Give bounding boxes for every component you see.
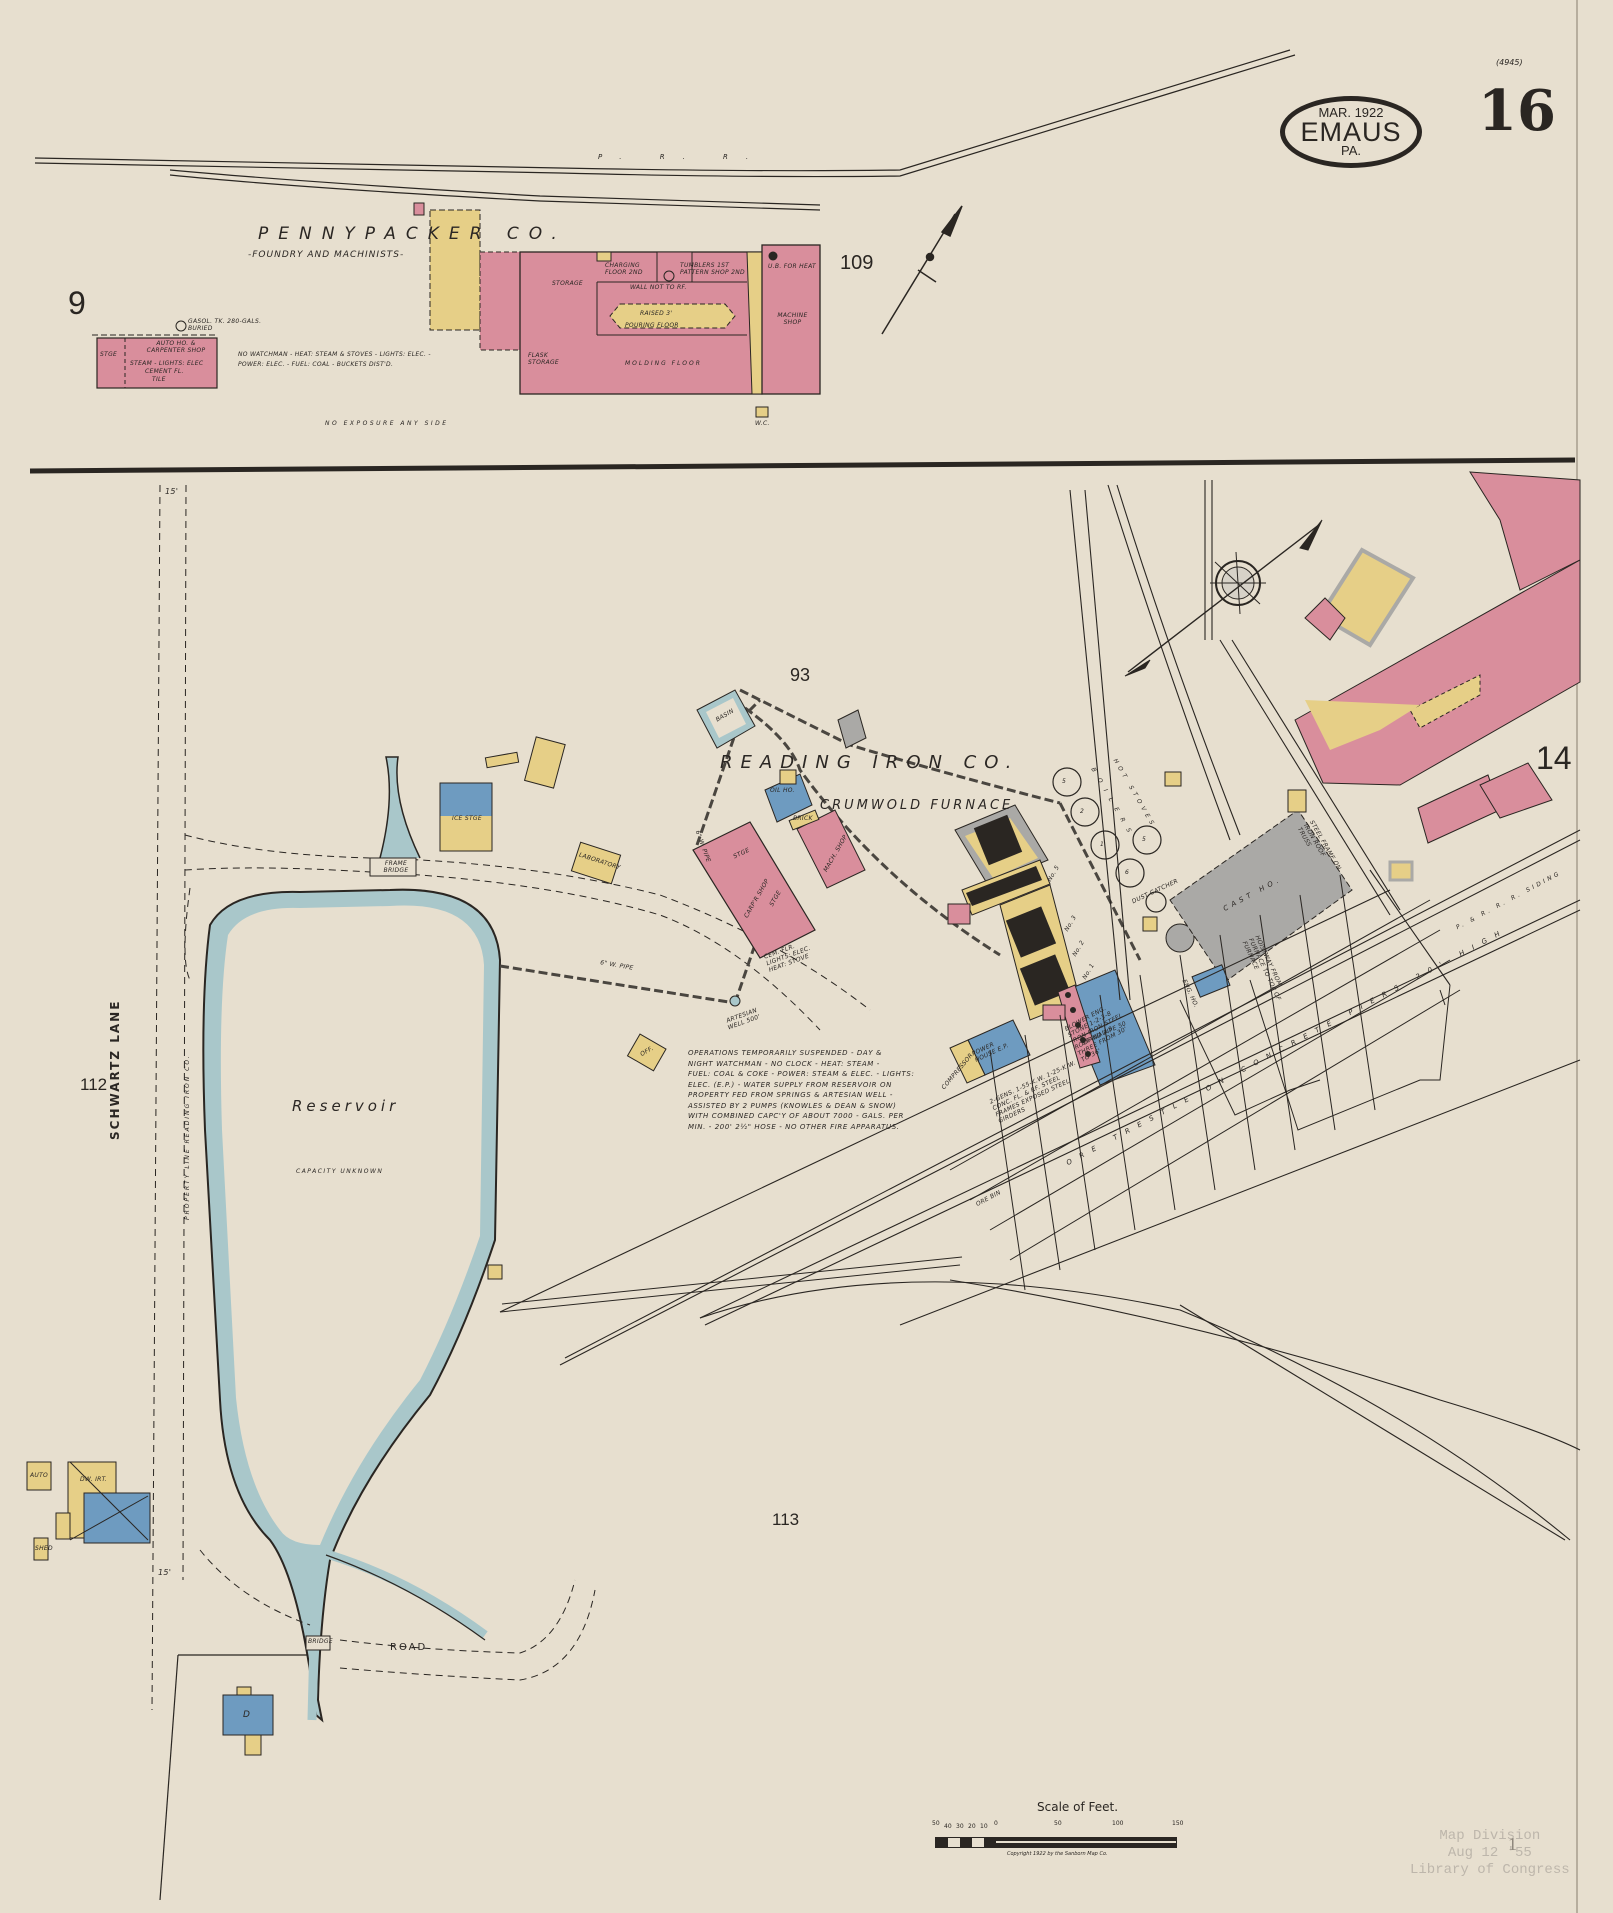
block-number-bottom: 113 xyxy=(772,1510,799,1530)
operations-note: OPERATIONS TEMPORARILY SUSPENDED - DAY &… xyxy=(688,1048,914,1132)
stge-building xyxy=(693,822,815,958)
ice-stge-label: ICE STGE xyxy=(452,815,482,822)
machine-shop-label: MACHINE SHOP xyxy=(770,312,815,326)
annex-name: AUTO HO. & CARPENTER SHOP xyxy=(137,340,215,354)
scale-tick: 10 xyxy=(980,1823,988,1830)
library-stamp: Map Division Aug 12 '55 Library of Congr… xyxy=(1410,1828,1570,1879)
scale-tick: 50 xyxy=(932,1820,940,1827)
title-town: EMAUS xyxy=(1285,120,1417,144)
schwartz-lane-label: SCHWARTZ LANE xyxy=(108,1000,122,1140)
stove-1: 5 xyxy=(1062,778,1066,785)
stove-5: 5 xyxy=(1142,836,1146,843)
prr-tracks xyxy=(35,50,1295,210)
oil-ho-label: OIL HO. xyxy=(770,787,795,794)
scale-tick: 50 xyxy=(1054,1820,1062,1827)
scale-tick: 100 xyxy=(1112,1820,1123,1827)
north-arrow-icon xyxy=(882,206,962,334)
lane-width-label: 15' xyxy=(158,1568,171,1577)
sheet-code: (4945) xyxy=(1496,58,1523,67)
stove-4: 6 xyxy=(1125,869,1129,876)
pattern-shop-label: TUMBLERS 1ST PATTERN SHOP 2ND xyxy=(680,262,750,276)
foundry-storage-label: STORAGE xyxy=(552,280,583,287)
scale-title: Scale of Feet. xyxy=(1037,1800,1118,1814)
scale-tick: 40 xyxy=(944,1823,952,1830)
scale-bar-long xyxy=(995,1837,1177,1848)
dw-label: DW. IRT. xyxy=(80,1476,107,1483)
title-cartouche: MAR. 1922 EMAUS PA. xyxy=(1280,96,1422,168)
annex-floor: CEMENT FL. xyxy=(145,368,184,375)
company-label-upper: PENNYPACKER CO. xyxy=(258,224,567,244)
charging-floor-label: CHARGING FLOOR 2ND xyxy=(605,262,655,276)
scale-tick: 30 xyxy=(956,1823,964,1830)
block-number-right: 14 xyxy=(1536,740,1572,777)
exposure-note: NO EXPOSURE ANY SIDE xyxy=(325,420,449,427)
gasoline-tank-label: GASOL. TK. 280-GALS. BURIED xyxy=(188,318,268,332)
company-label-lower: READING IRON CO. xyxy=(720,752,1019,773)
dwelling-label: D xyxy=(243,1710,250,1720)
ub-heat-label: U.B. FOR HEAT xyxy=(768,263,816,270)
stove-2: 2 xyxy=(1080,808,1084,815)
bridge-label: BRIDGE xyxy=(308,1638,333,1645)
schwartz-lane xyxy=(152,485,186,1710)
auto-label: AUTO xyxy=(30,1472,48,1479)
pouring-floor-label: POURING FLOOR xyxy=(625,322,679,329)
flask-storage-label: FLASK STORAGE xyxy=(528,352,566,366)
annex-stge: STGE xyxy=(100,351,117,358)
wc-label: W.C. xyxy=(755,420,770,427)
stamp-line: Library of Congress xyxy=(1410,1862,1570,1879)
lane-width-label-top: 15' xyxy=(165,487,178,496)
frame-bridge-label: FRAME BRIDGE xyxy=(378,860,414,874)
stamp-line: Map Division xyxy=(1410,1828,1570,1845)
map-sheet: (4945) 16 MAR. 1922 EMAUS PA. 9 109 93 1… xyxy=(0,0,1613,1913)
reservoir-capacity-label: CAPACITY UNKNOWN xyxy=(296,1168,383,1175)
railroad-label: P. R. R. xyxy=(598,153,766,161)
reservoir-label: Reservoir xyxy=(292,1097,399,1115)
compass-rose-icon xyxy=(1125,520,1322,676)
stamp-line: Aug 12 '55 xyxy=(1410,1845,1570,1862)
block-number-middle: 93 xyxy=(790,665,810,686)
property-line-label: PROPERTY LINE READING IRON CO. xyxy=(184,1054,191,1220)
raised-label: RAISED 3' xyxy=(640,310,672,317)
upper-operations-note: NO WATCHMAN - HEAT: STEAM & STOVES - LIG… xyxy=(238,350,438,370)
stamp-number: 1 xyxy=(1508,1834,1517,1855)
sheet-number: 16 xyxy=(1478,78,1556,144)
scale-tick: 150 xyxy=(1172,1820,1183,1827)
stove-3: 1 xyxy=(1100,841,1104,848)
block-number-left: 112 xyxy=(80,1075,107,1095)
section-divider xyxy=(30,460,1575,471)
annex-roof: TILE xyxy=(152,376,166,383)
molding-floor-label: MOLDING FLOOR xyxy=(625,360,702,367)
copyright: Copyright 1922 by the Sanborn Map Co. xyxy=(1007,1851,1108,1857)
shed-label: SHED xyxy=(35,1545,53,1552)
road-label: ROAD xyxy=(390,1642,427,1653)
plant-label: CRUMWOLD FURNACE xyxy=(820,798,1013,813)
brick-label: BRICK xyxy=(793,815,813,822)
wall-note-label: WALL NOT TO RF. xyxy=(630,284,687,291)
annex-detail: STEAM - LIGHTS: ELEC xyxy=(130,360,203,367)
block-number-upper-left: 9 xyxy=(68,285,86,322)
block-number-upper-right: 109 xyxy=(840,252,873,275)
scale-tick: 0 xyxy=(994,1820,998,1827)
scale-tick: 20 xyxy=(968,1823,976,1830)
company-sub-label: -FOUNDRY AND MACHINISTS- xyxy=(248,250,404,260)
